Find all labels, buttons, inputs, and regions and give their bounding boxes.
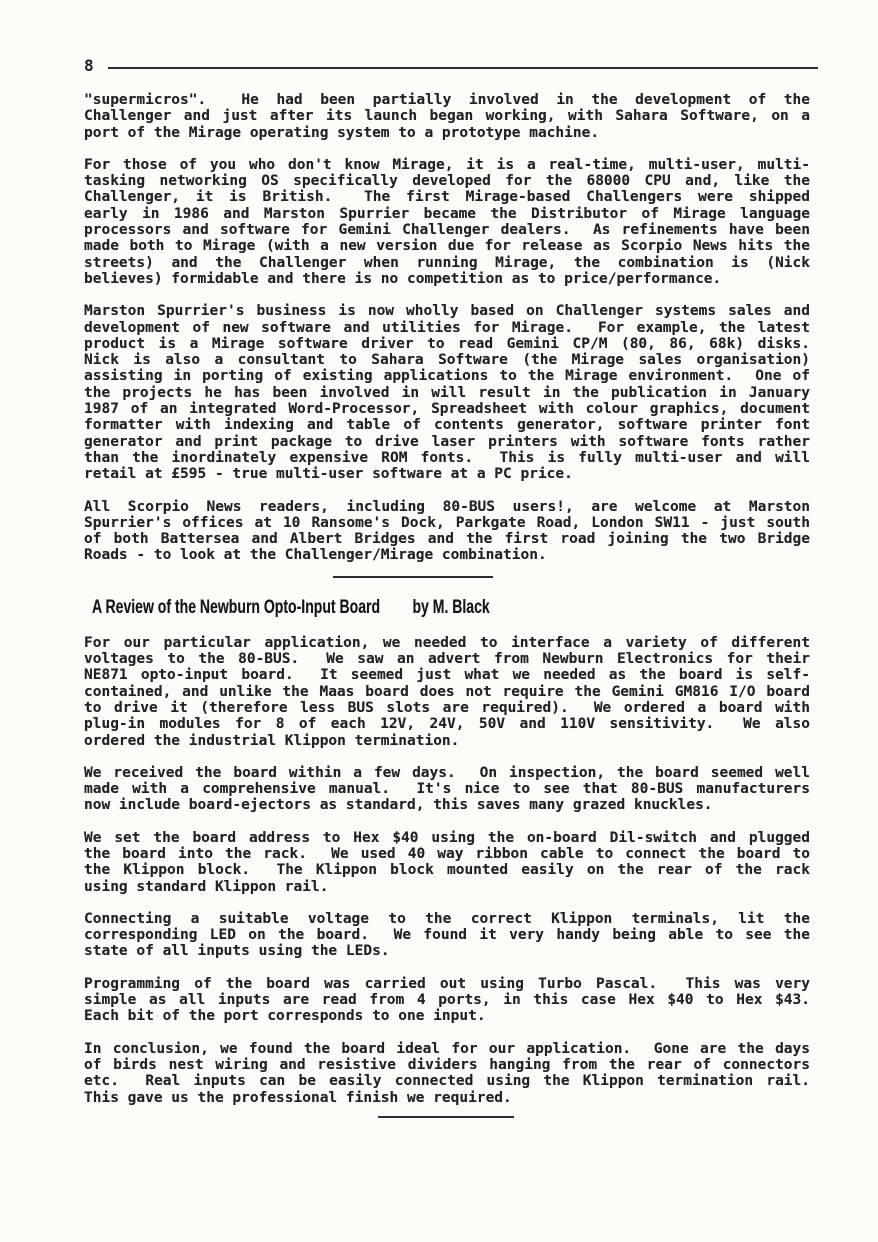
text-line: This gave us the professional finish we …	[84, 1090, 810, 1106]
text-line: plug-in modules for 8 of each 12V, 24V, …	[84, 716, 810, 732]
text-line: the projects he has been involved in wil…	[84, 385, 810, 401]
section-divider	[333, 576, 493, 578]
text-line: using standard Klippon rail.	[84, 879, 810, 895]
text-line: 1987 of an integrated Word-Processor, Sp…	[84, 401, 810, 417]
paragraph: "supermicros". He had been partially inv…	[84, 92, 810, 141]
paragraph: All Scorpio News readers, including 80-B…	[84, 499, 810, 564]
text-line: the board into the rack. We used 40 way …	[84, 846, 810, 862]
page-header: 8	[84, 58, 818, 74]
text-line: Marston Spurrier's business is now wholl…	[84, 303, 810, 319]
text-line: of both Battersea and Albert Bridges and…	[84, 531, 810, 547]
text-line: streets) and the Challenger when running…	[84, 255, 810, 271]
header-rule	[108, 67, 818, 69]
article-byline: by M. Black	[412, 594, 489, 620]
text-line: Challenger and just after its launch beg…	[84, 108, 810, 124]
text-line: retail at £595 - true multi-user softwar…	[84, 466, 810, 482]
text-line: development of new software and utilitie…	[84, 320, 810, 336]
text-line: In conclusion, we found the board ideal …	[84, 1041, 810, 1057]
text-line: simple as all inputs are read from 4 por…	[84, 992, 810, 1008]
text-line: contained, and unlike the Maas board doe…	[84, 684, 810, 700]
text-line: Each bit of the port corresponds to one …	[84, 1008, 810, 1024]
text-line: Challenger, it is British. The first Mir…	[84, 189, 810, 205]
text-line: early in 1986 and Marston Spurrier becam…	[84, 206, 810, 222]
text-line: voltages to the 80-BUS. We saw an advert…	[84, 651, 810, 667]
paragraph: We set the board address to Hex $40 usin…	[84, 830, 810, 895]
text-line: formatter with indexing and table of con…	[84, 417, 810, 433]
paragraph: For our particular application, we neede…	[84, 635, 810, 749]
text-line: "supermicros". He had been partially inv…	[84, 92, 810, 108]
text-line: tasking networking OS specifically devel…	[84, 173, 810, 189]
end-divider	[378, 1116, 514, 1118]
text-line: All Scorpio News readers, including 80-B…	[84, 499, 810, 515]
text-line: Connecting a suitable voltage to the cor…	[84, 911, 810, 927]
text-line: We set the board address to Hex $40 usin…	[84, 830, 810, 846]
text-line: now include board-ejectors as standard, …	[84, 797, 810, 813]
text-line: assisting in porting of existing applica…	[84, 368, 810, 384]
text-line: port of the Mirage operating system to a…	[84, 125, 810, 141]
text-line: generator and print package to drive las…	[84, 434, 810, 450]
text-line: product is a Mirage software driver to r…	[84, 336, 810, 352]
text-line: Programming of the board was carried out…	[84, 976, 810, 992]
paragraph: We received the board within a few days.…	[84, 765, 810, 814]
paragraph: In conclusion, we found the board ideal …	[84, 1041, 810, 1106]
text-line: made with a comprehensive manual. It's n…	[84, 781, 810, 797]
text-line: corresponding LED on the board. We found…	[84, 927, 810, 943]
text-line: believes) formidable and there is no com…	[84, 271, 810, 287]
text-line: of birds nest wiring and resistive divid…	[84, 1057, 810, 1073]
page-number: 8	[84, 58, 94, 74]
text-line: etc. Real inputs can be easily connected…	[84, 1073, 810, 1089]
text-line: than the inordinately expensive ROM font…	[84, 450, 810, 466]
paragraph: Programming of the board was carried out…	[84, 976, 810, 1025]
text-line: made both to Mirage (with a new version …	[84, 238, 810, 254]
text-line: to drive it (therefore less BUS slots ar…	[84, 700, 810, 716]
article-title: A Review of the Newburn Opto-Input Board	[92, 594, 380, 620]
paragraph: Connecting a suitable voltage to the cor…	[84, 911, 810, 960]
article-newburn-review: For our particular application, we neede…	[84, 635, 810, 1106]
text-line: Nick is also a consultant to Sahara Soft…	[84, 352, 810, 368]
text-line: NE871 opto-input board. It seemed just w…	[84, 667, 810, 683]
review-heading: A Review of the Newburn Opto-Input Board…	[92, 594, 609, 620]
text-line: For our particular application, we neede…	[84, 635, 810, 651]
page-content: "supermicros". He had been partially inv…	[84, 92, 810, 1118]
text-line: processors and software for Gemini Chall…	[84, 222, 810, 238]
text-line: the Klippon block. The Klippon block mou…	[84, 862, 810, 878]
document-page: 8 "supermicros". He had been partially i…	[0, 0, 878, 1242]
paragraph: For those of you who don't know Mirage, …	[84, 157, 810, 287]
text-line: We received the board within a few days.…	[84, 765, 810, 781]
text-line: Roads - to look at the Challenger/Mirage…	[84, 547, 810, 563]
text-line: For those of you who don't know Mirage, …	[84, 157, 810, 173]
text-line: Spurrier's offices at 10 Ransome's Dock,…	[84, 515, 810, 531]
text-line: ordered the industrial Klippon terminati…	[84, 733, 810, 749]
paragraph: Marston Spurrier's business is now wholl…	[84, 303, 810, 482]
article-marston-spurrier: "supermicros". He had been partially inv…	[84, 92, 810, 564]
text-line: state of all inputs using the LEDs.	[84, 943, 810, 959]
